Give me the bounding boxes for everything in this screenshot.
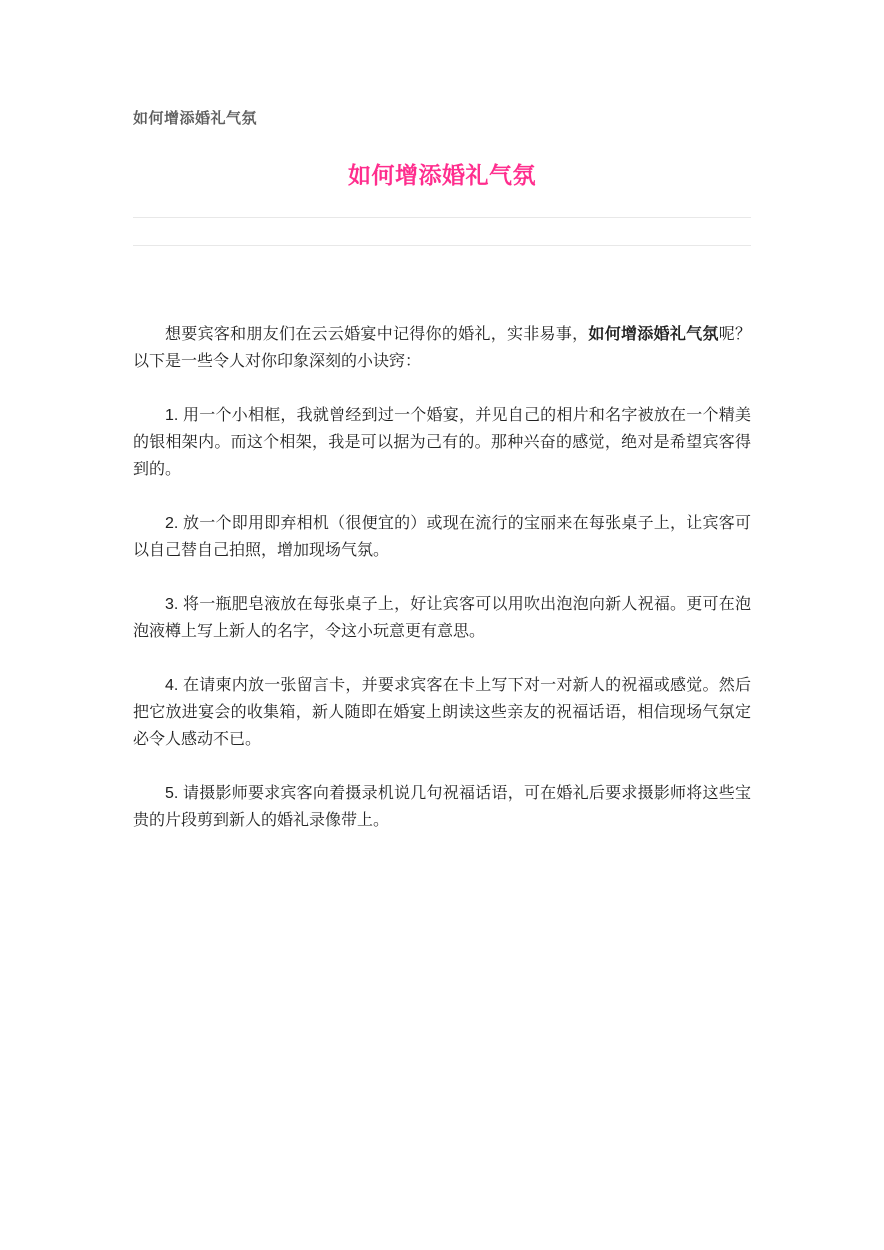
tip-paragraph-1: 1. 用一个小相框，我就曾经到过一个婚宴，并见自己的相片和名字被放在一个精美的银… (133, 402, 751, 483)
document-page: 如何增添婚礼气氛 如何增添婚礼气氛 想要宾客和朋友们在云云婚宴中记得你的婚礼，实… (0, 0, 884, 1250)
page-title: 如何增添婚礼气氛 (133, 163, 751, 187)
intro-paragraph: 想要宾客和朋友们在云云婚宴中记得你的婚礼，实非易事，如何增添婚礼气氛呢？以下是一… (133, 321, 751, 375)
tip-paragraph-4: 4. 在请柬内放一张留言卡，并要求宾客在卡上写下对一对新人的祝福或感觉。然后把它… (133, 672, 751, 753)
tip-paragraph-2: 2. 放一个即用即弃相机（很便宜的）或现在流行的宝丽来在每张桌子上，让宾客可以自… (133, 510, 751, 564)
tip-paragraph-3: 3. 将一瓶肥皂液放在每张桌子上，好让宾客可以用吹出泡泡向新人祝福。更可在泡泡液… (133, 591, 751, 645)
document-content: 如何增添婚礼气氛 如何增添婚礼气氛 想要宾客和朋友们在云云婚宴中记得你的婚礼，实… (133, 0, 751, 834)
divider-bottom (133, 245, 751, 246)
tip-paragraph-5: 5. 请摄影师要求宾客向着摄录机说几句祝福话语，可在婚礼后要求摄影师将这些宝贵的… (133, 780, 751, 834)
document-header-label: 如何增添婚礼气氛 (133, 111, 751, 127)
divider-top (133, 217, 751, 218)
intro-text-pre: 想要宾客和朋友们在云云婚宴中记得你的婚礼，实非易事， (165, 326, 588, 343)
intro-text-bold: 如何增添婚礼气氛 (588, 326, 718, 343)
article-body: 想要宾客和朋友们在云云婚宴中记得你的婚礼，实非易事，如何增添婚礼气氛呢？以下是一… (133, 321, 751, 834)
